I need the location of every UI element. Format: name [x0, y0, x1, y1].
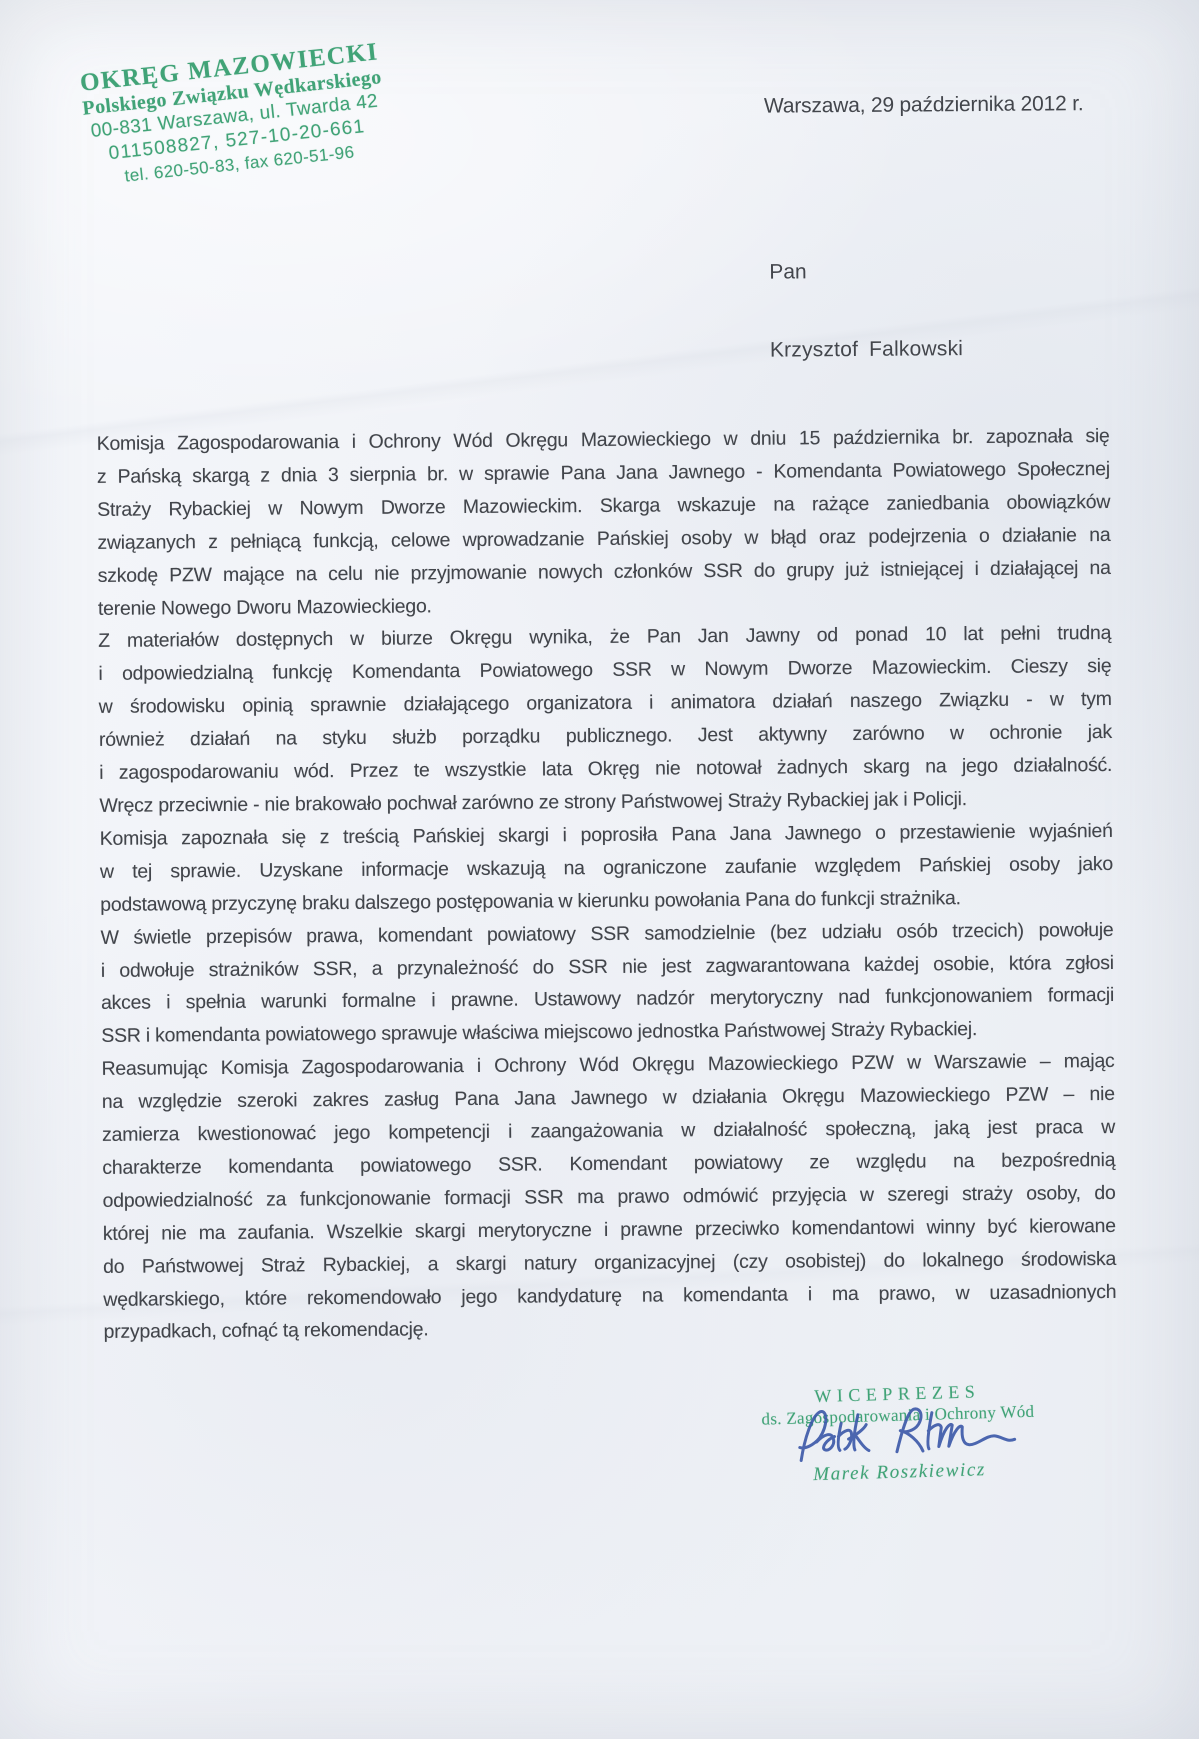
paragraph: Reasumując Komisja Zagospodarowania i Oc…	[101, 1045, 1116, 1349]
addressee-salutation: Pan	[769, 260, 807, 284]
paragraph: Komisja zapoznała się z treścią Pańskiej…	[100, 815, 1114, 922]
paragraph: Z materiałów dostępnych w biurze Okręgu …	[98, 617, 1113, 822]
dateline: Warszawa, 29 października 2012 r.	[764, 92, 1084, 119]
paragraph: W świetle przepisów prawa, komendant pow…	[100, 914, 1114, 1054]
body-line: przypadkach, cofnąć tą rekomendację.	[103, 1308, 1116, 1349]
addressee-name: Krzysztof Falkowski	[770, 337, 963, 363]
letterhead-stamp: OKRĘG MAZOWIECKI Polskiego Związku Wędka…	[78, 38, 391, 191]
signature-block: WICEPREZES ds. Zagospodarowania i Ochron…	[715, 1378, 1082, 1488]
scanned-letter-page: OKRĘG MAZOWIECKI Polskiego Związku Wędka…	[0, 0, 1199, 1739]
letter-content: OKRĘG MAZOWIECKI Polskiego Związku Wędka…	[0, 0, 1199, 1739]
paragraph: Komisja Zagospodarowania i Ochrony Wód O…	[97, 420, 1112, 625]
signer-name: Marek Roszkiewicz	[717, 1456, 1081, 1488]
letter-body: Komisja Zagospodarowania i Ochrony Wód O…	[97, 420, 1117, 1349]
